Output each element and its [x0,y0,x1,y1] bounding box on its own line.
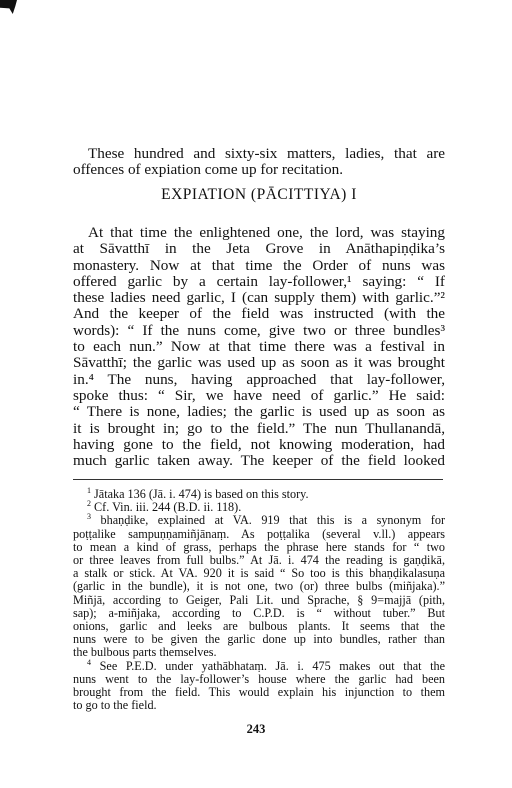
body-line: Sāvatthī; the garlic was used up as soon… [58,355,445,371]
intro-text: These hundred and sixty-six matters, lad… [73,146,445,179]
footnote-number: 3 [87,512,91,521]
body-line: words): “ If the nuns come, give two or … [58,323,445,339]
body-line: having gone to the field, not knowing mo… [58,437,445,453]
body-text: At that time the enlightened one, the lo… [73,225,445,469]
body-line: much garlic taken away. The keeper of th… [58,453,445,469]
footnote-number: 1 [87,486,91,495]
footnote-line: poṭṭalike sampuṇṇamiñjānaṃ. As poṭṭalika… [73,528,445,541]
intro-line: These hundred and sixty-six matters, lad… [73,146,445,162]
body-line: “ There is none, ladies; the garlic is u… [58,404,445,420]
footnote-3: 3 bhaṇḍike, explained at VA. 919 that th… [73,514,445,659]
footnote-line: (garlic in the bundle), it is not one, t… [73,580,445,593]
scan-corner-artifact [0,0,17,14]
footnotes: 1 Jātaka 136 (Jā. i. 474) is based on th… [73,488,445,712]
body-line: At that time the enlightened one, the lo… [73,225,445,241]
page-number: 243 [0,722,512,737]
body-paragraph: At that time the enlightened one, the lo… [73,225,445,469]
footnote-line: Jātaka 136 (Jā. i. 474) is based on this… [94,487,309,501]
body-line: these ladies need garlic, I (can supply … [58,290,445,306]
footnote-divider [73,479,443,480]
footnote-line: Miñjā, according to Geiger, Pali Lit. un… [73,594,445,607]
body-line: at Sāvatthī in the Jeta Grove in Anāthap… [58,241,445,257]
body-line: spoke thus: “ Sir, we have need of garli… [58,388,445,404]
intro-line: offences of expiation come up for recita… [58,162,445,178]
body-line: to each nun.” Now at that time there was… [58,339,445,355]
footnote-line: to go to the field. [73,699,445,712]
footnote-number: 4 [87,658,91,667]
body-line: in.⁴ The nuns, having approached that la… [58,372,445,388]
body-line: And the keeper of the field was instruct… [58,306,445,322]
body-line: offered garlic by a certain lay-follower… [58,274,445,290]
footnote-line: bhaṇḍike, explained at VA. 919 that this… [101,513,445,527]
footnote-number: 2 [87,499,91,508]
body-line: monastery. Now at that time the Order of… [58,258,445,274]
footnote-4: 4 See P.E.D. under yathābhataṃ. Jā. i. 4… [73,660,445,713]
body-line: it is brought in; go to the field.” The … [58,421,445,437]
intro-paragraph: These hundred and sixty-six matters, lad… [73,146,445,179]
section-heading: EXPIATION (PĀCITTIYA) I [73,186,445,204]
footnote-line: See P.E.D. under yathābhataṃ. Jā. i. 475… [100,659,445,673]
